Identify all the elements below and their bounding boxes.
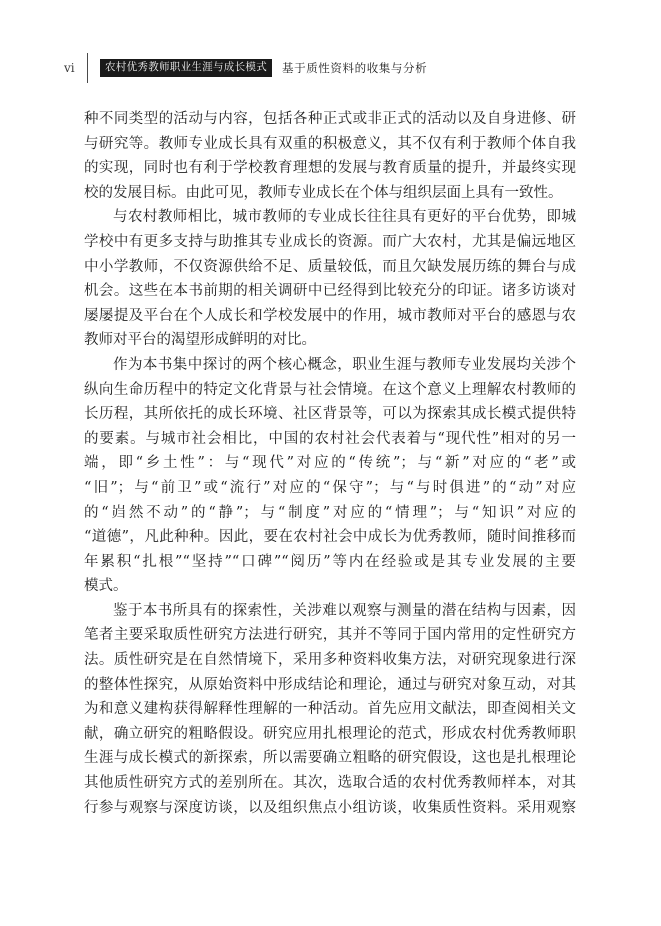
page-body: 种不同类型的活动与内容，包括各种正式或非正式的活动以及自身进修、研读 与研究等。… (84, 107, 576, 820)
text-line: 机会。这些在本书前期的相关调研中已经得到比较充分的印证。诸多访谈对象 (84, 279, 576, 304)
text-line: 种不同类型的活动与内容，包括各种正式或非正式的活动以及自身进修、研读 (84, 107, 576, 132)
text-line: 年累积“扎根”“坚持”“口碑”“阅历”等内在经验或是其专业发展的主要 (84, 550, 576, 575)
text-line: 模式。 (84, 574, 576, 599)
text-line: 端，即“乡土性”：与“现代”对应的“传统”；与“新”对应的“老”或 (84, 451, 576, 476)
paragraph: 与农村教师相比，城市教师的专业成长往往具有更好的平台优势，即城市 学校中有更多支… (84, 205, 576, 353)
text-line: 其他质性研究方式的差别所在。其次，选取合适的农村优秀教师样本，对其进 (84, 771, 576, 796)
text-line: 的实现，同时也有利于学校教育理想的发展与教育质量的提升，并最终实现学 (84, 156, 576, 181)
text-line: 长历程，其所依托的成长环境、社区背景等，可以为探索其成长模式提供特别 (84, 402, 576, 427)
paragraph: 种不同类型的活动与内容，包括各种正式或非正式的活动以及自身进修、研读 与研究等。… (84, 107, 576, 205)
text-line: “旧”；与“前卫”或“流行”对应的“保守”；与“与时俱进”的“动”对应 (84, 476, 576, 501)
page-number: vi (64, 61, 87, 75)
book-subtitle: 基于质性资料的收集与分析 (282, 60, 427, 76)
text-line: 笔者主要采取质性研究方法进行研究，其并不等同于国内常用的定性研究方 (84, 623, 576, 648)
text-line: 中小学教师，不仅资源供给不足、质量较低，而且欠缺发展历练的舞台与成长 (84, 255, 576, 280)
text-line: 生涯与成长模式的新探索，所以需要确立粗略的研究假设，这也是扎根理论与 (84, 746, 576, 771)
text-line: 的要素。与城市社会相比，中国的农村社会代表着与“现代性”相对的另一 (84, 427, 576, 452)
text-line: 屡屡提及平台在个人成长和学校发展中的作用，城市教师对平台的感恩与农村 (84, 304, 576, 329)
text-line: 纵向生命历程中的特定文化背景与社会情境。在这个意义上理解农村教师的成 (84, 378, 576, 403)
text-line: 法。质性研究是在自然情境下，采用多种资料收集方法，对研究现象进行深入 (84, 648, 576, 673)
text-line: “道德”，凡此种种。因此，要在农村社会中成长为优秀教师，随时间推移而逐 (84, 525, 576, 550)
text-line: 的整体性探究，从原始资料中形成结论和理论，通过与研究对象互动，对其行 (84, 673, 576, 698)
text-line: 与研究等。教师专业成长具有双重的积极意义，其不仅有利于教师个体自我价值 (84, 132, 576, 157)
paragraph: 作为本书集中探讨的两个核心概念，职业生涯与教师专业发展均关涉个体 纵向生命历程中… (84, 353, 576, 599)
text-line: 鉴于本书所具有的探索性，关涉难以观察与测量的潜在结构与因素，因此 (84, 599, 576, 624)
header-divider-line (87, 53, 88, 83)
text-line: 为和意义建构获得解释性理解的一种活动。首先应用文献法，即查阅相关文 (84, 697, 576, 722)
text-line: 与农村教师相比，城市教师的专业成长往往具有更好的平台优势，即城市 (84, 205, 576, 230)
text-line: 学校中有更多支持与助推其专业成长的资源。而广大农村，尤其是偏远地区的 (84, 230, 576, 255)
running-head: vi 农村优秀教师职业生涯与成长模式 基于质性资料的收集与分析 (64, 52, 427, 84)
text-line: 献，确立研究的粗略假设。研究应用扎根理论的范式，形成农村优秀教师职业 (84, 722, 576, 747)
text-line: 的“岿然不动”的“静”；与“制度”对应的“情理”；与“知识”对应的 (84, 501, 576, 526)
paragraph: 鉴于本书所具有的探索性，关涉难以观察与测量的潜在结构与因素，因此 笔者主要采取质… (84, 599, 576, 820)
text-line: 教师对平台的渴望形成鲜明的对比。 (84, 328, 576, 353)
text-line: 行参与观察与深度访谈，以及组织焦点小组访谈，收集质性资料。采用观察 (84, 796, 576, 821)
text-line: 作为本书集中探讨的两个核心概念，职业生涯与教师专业发展均关涉个体 (84, 353, 576, 378)
book-title-badge: 农村优秀教师职业生涯与成长模式 (100, 59, 272, 77)
text-line: 校的发展目标。由此可见，教师专业成长在个体与组织层面上具有一致性。 (84, 181, 576, 206)
